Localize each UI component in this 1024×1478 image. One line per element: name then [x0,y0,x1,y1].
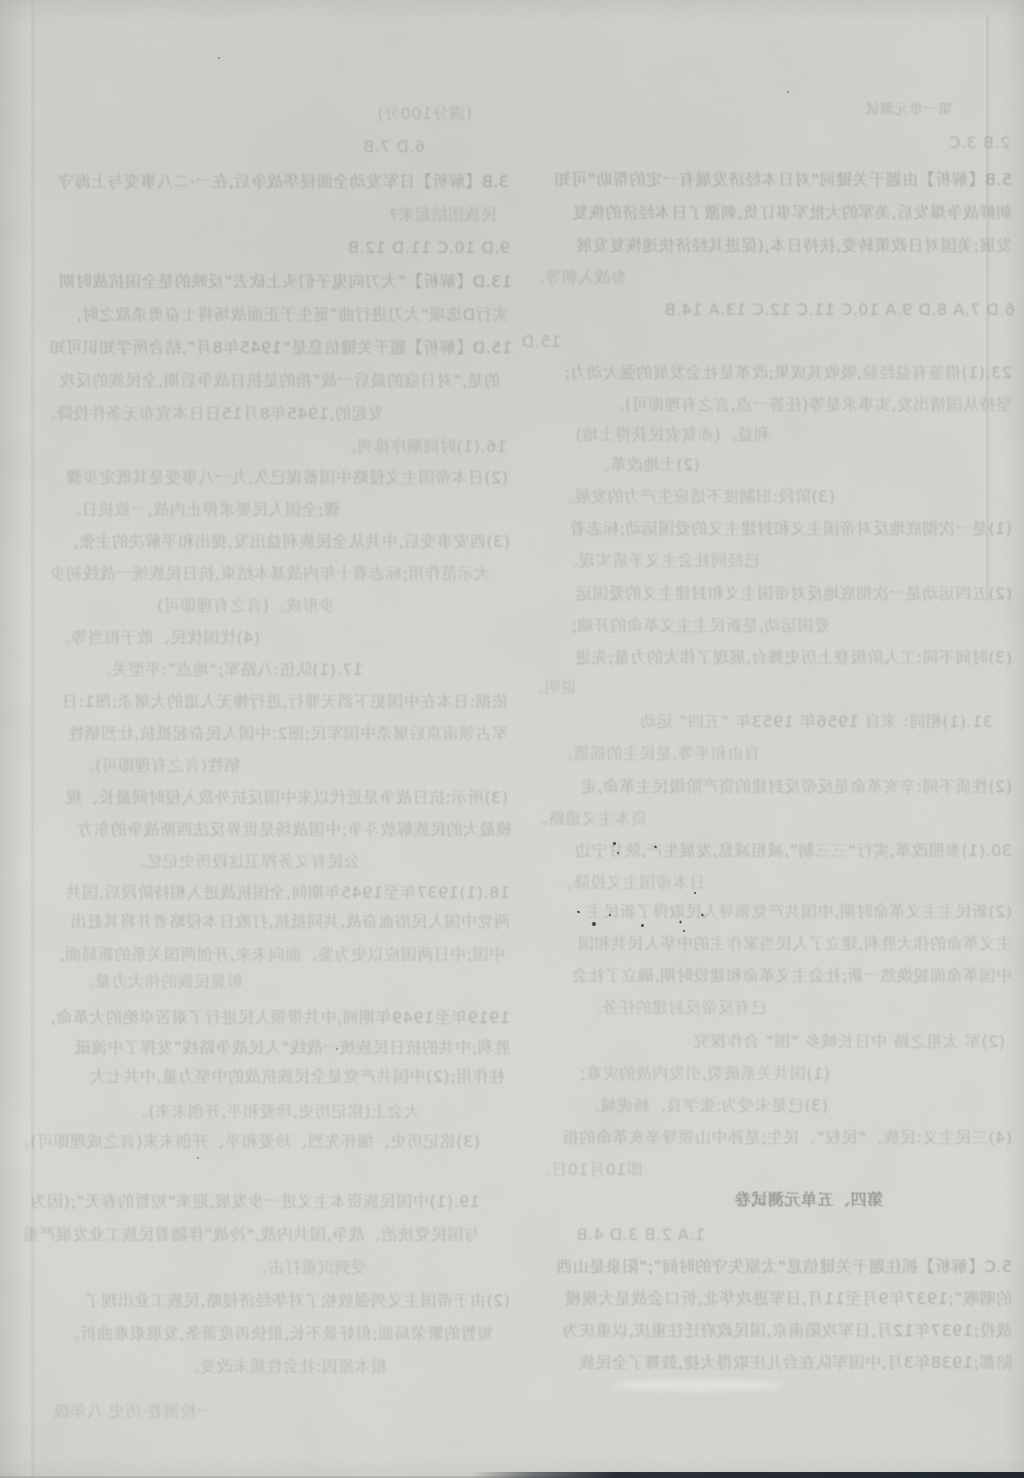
bleedthrough-text-line: 1.A 2.B 3.D 4.B [515,1225,705,1245]
bleedthrough-text-line: (2)由于帝国主义列强放松了对华经济侵略,民族工业出现了 [15,1291,510,1311]
bleedthrough-text-line: 的是,“对日寇的最后一战”指的是抗日战争后期,全民族的反攻 [28,371,500,391]
ink-speck [613,842,616,845]
bleedthrough-text-line: 中国革命面貌焕然一新;社会主义革命和建设时期,确立了社会 [515,966,1012,986]
bleedthrough-text-line: (3)铭记历史、缅怀先烈、珍爱和平、开创未来(言之成理即可)。 [15,1132,480,1152]
bleedthrough-text-line: 2.B 3.C [905,133,1010,153]
bleedthrough-text-line: 6.D 7.A 8.D 9.A 10.C 11.C 12.C 13.A 14.B [515,300,1015,320]
bleedthrough-text-line: (2)日本帝国主义侵略中国蓄谋已久,九一八事变是其既定步骤 [20,468,508,488]
bleedthrough-text-line: 陪都;1938年3月,中国军队在台儿庄取得大捷,鼓舞了全民族 [515,1353,1012,1373]
bleedthrough-text-line: (1)是一次彻底地反对帝国主义和封建主义的爱国运动;标志着 [515,519,1012,539]
scan-edge-bar [0,1472,1024,1478]
bleedthrough-text-line: 13.D【解析】“大刀向鬼子们头上砍去”反映的是全国抗战时期 [15,272,512,292]
bleedthrough-text-line: 第一单元测试 [862,100,952,120]
bleedthrough-text-line: 发起的,1945年8月15日日本宣布无条件投降。 [32,404,384,424]
bleedthrough-text-line: 参战入朝等。 [515,268,627,288]
bleedthrough-text-line: 15.D【解析】题干关键信息是“1945年8月”,结合所学知识可知 [15,338,512,358]
bleedthrough-text-line: 短暂的繁荣局面;但好景不长,很快再度萧条,发展艰难曲折。 [15,1324,493,1344]
ink-speck [591,921,597,927]
light-smear [612,1380,782,1391]
bleedthrough-text-line: 的咽喉”;1937年9月至11月,日军进攻华北,忻口会战是大规模 [515,1289,1012,1309]
bleedthrough-text-line: 资本主义道路。 [515,809,647,829]
bleedthrough-text-line: 根本原因:社会性质未改变。 [195,1357,387,1377]
bleedthrough-text-line: 15.D [515,332,561,352]
bleedthrough-text-line: 牺牲(言之有理即可)。 [15,756,240,776]
bleedthrough-text-line: (2)土地改革。 [542,455,700,475]
bleedthrough-text-line: 军占领南京后屠杀中国军民;图2:中国人民奋起抵抗,壮烈牺牲 [25,724,508,744]
bleedthrough-text-line: (4)忧国忧民、敢于担当等。 [30,628,260,648]
ink-speck [640,923,644,927]
bleedthrough-text-line: 受到沉重打击。 [245,1258,367,1278]
bleedthrough-text-line: (2)新民主主义革命时期,中国共产党领导人民取得了新民主 [515,902,1012,922]
bleedthrough-text-line: 17.(1)队伍:八路军;“地点”:平型关。 [28,660,363,680]
bleedthrough-text-line: 23.(1)借鉴有益经验,吸收其成果;改革是社会发展的强大动力; [515,363,1012,383]
scanned-page: (满分100分)6.D 7.B3.B【解析】日军发动全面侵华战争后,在一·二八事… [0,0,1024,1478]
bleedthrough-text-line: 朝鲜战争爆发后,美军的大批军事订货,刺激了日本经济的恢复 [515,203,1012,223]
bleedthrough-text-line: 自由和平等,是民主的摇篮。 [515,744,760,764]
bleedthrough-text-line: (3)已是未受为:张学良、杨虎城。 [528,1096,828,1116]
bleedthrough-text-line: (3)西安事变后,中共从全民族利益出发,提出和平解决的主张, [15,532,510,552]
ink-speck [679,920,682,923]
bleedthrough-text-line: 中国;中日两国应以史为鉴、面向未来,开创两国关系的新局面, [20,945,505,965]
bleedthrough-text-line: 30.(1)参照改革,实行“三三制”,减租减息,发展生产,陕甘宁边 [515,841,1012,861]
bleedthrough-text-line: 第四、五单元测试卷 [688,1190,883,1210]
bleedthrough-text-line: 胜利;中共的抗日民族统一战线“人民战争路线”发挥了中流砥 [15,1038,510,1058]
bleedthrough-text-line: 利益。(赤贫农民获得土地) [515,425,770,445]
bleedthrough-text-line: 已有反帝反封建的任务。 [515,998,767,1018]
bleedthrough-text-line: 日本帝国主义投降。 [515,873,705,893]
bleedthrough-text-line: 发展;美国对日政策转变,扶持日本,(促进其经济快速恢复发展 [515,236,1012,256]
bleedthrough-text-line: 柱作用;(2)中国共产党是全民族抗战的中坚力量,中共七大 [20,1067,505,1087]
bleedthrough-text-line: 已经同社会主义矛盾实现。 [515,551,760,571]
bleedthrough-text-line: (3)时间不同:工人阶级登上历史舞台,展现了伟大的力量;先进 [515,648,1012,668]
ink-speck [197,1157,200,1160]
ink-speck [683,930,685,932]
bleedthrough-text-line: (3)阶段:旧制度不适应生产力的发展。 [515,487,835,507]
ink-speck [218,57,220,59]
bleedthrough-text-line: 9.D 10.C 11.D 12.B 13.D [345,238,510,258]
bleedthrough-text-line: (满分100分) [360,104,472,124]
bleedthrough-text-line: 大会上(铭记历史,珍爱和平,开创未来)。 [20,1102,420,1122]
bleedthrough-text-line: 坚持从国情出发,实事求是等(任答一点,言之有理即可)。 [515,395,1012,415]
bleedthrough-text-line: 18.(1)1937年至1945年期间,全国抗战进入相持阶段后,国共 [15,883,510,903]
bleedthrough-text-line: 与国民党统治、战争,国共内战,“冷战”伴随着民族工业发展严重 [15,1225,480,1245]
bleedthrough-text-line: 说明。 [515,678,577,698]
bleedthrough-text-line: 5.B【解析】由题干关键词“对日本经济发展有一定的帮助”可知 [532,170,1012,190]
bleedthrough-text-line: (2)军 太祖之路 中日长城乡 “围” 合作探究 [515,1032,1005,1052]
bleedthrough-text-line: 骤;全国人民要求停止内战,一致抗日。 [30,500,340,520]
bleedthrough-text-line: 实行D选项“大刀进行曲”诞生于正面战场将士奋勇杀敌之时, [28,305,508,325]
bleedthrough-text-line: 民族团结起来? [357,205,497,225]
bleedthrough-text-line: (1)国共关系破裂,引发内战的灾难; [515,1064,830,1084]
ink-speck [609,914,611,916]
bleedthrough-text-line: 31.(1)相同: 来自 1956年 1953年 “五四” 运动 [515,712,993,732]
bleedthrough-text-line: 模最大的民族解放斗争;中国战场是世界反法西斯战争的东方 [15,820,512,840]
bleedthrough-text-line: 爱国运动,是新民主主义革命的开端; [515,616,830,636]
bleedthrough-text-line: 步形成。(言之有理即可) [35,596,335,616]
bleedthrough-text-line: 16.(1)时间顺序排列。 [345,437,507,457]
bleedthrough-text-line: (4)三民主义:民族、“民权”、民生;是孙中山领导辛亥革命的指 [515,1128,1012,1148]
bleedthrough-text-line: 两党中国人民浴血奋战,共同抵抗,打败日本侵略者并将其赶出 [20,912,510,932]
bleedthrough-text-line: (2)五四运动是一次彻底地反对帝国主义和封建主义的爱国运 [515,584,1012,604]
bleedthrough-text-line: 战役;1937年12月,日军攻陷南京,国民政府迁往重庆,以重庆为 [515,1321,1012,1341]
bleedthrough-text-line: 主义革命的伟大胜利,建立了人民当家作主的中华人民共和国 [515,934,1012,954]
bleedthrough-text-line: 一检测卷·历史 八年级 [5,1402,213,1422]
ink-speck [787,91,790,94]
bleedthrough-text-line: 3.B【解析】日军发动全面侵华战争后,在一·二八事变与上海守 [25,172,509,192]
bleedthrough-text-line: 即10月10日。 [515,1160,643,1180]
bleedthrough-text-line: 彰显民族的伟大力量。 [25,972,243,992]
bleedthrough-text-line: (2)性质不同:辛亥革命是反帝反封建的资产阶级民主革命,走 [515,777,1012,797]
bleedthrough-text-line: 1919年至1949年期间,中共带领人民进行了艰苦卓绝的大革命, [15,1008,510,1028]
bleedthrough-text-line: 19.(1)中国民族资本主义进一步发展,迎来“短暂的春天”;(因为 [15,1192,480,1212]
bleedthrough-text-line: 大示范作用;标志着十年内战基本结束,抗日民族统一战线初步 [30,564,490,584]
ink-speck [694,892,697,895]
bleedthrough-text-line: (3)所示:抗日战争是近代以来中国反抗外敌入侵时间最长、规 [25,788,508,808]
bleedthrough-text-line: 依据:日本在中国犯下滔天罪行,进行惨无人道的大屠杀;图1:日 [15,692,508,712]
bleedthrough-text-line: 公民有义务捍卫这段历史记忆。 [30,852,360,872]
bleedthrough-text-line: 5.C【解析】抓住题干关键信息“太原失守的时间”;“阳泉是山西 [515,1257,1012,1277]
bleedthrough-text-line: 6.D 7.B [357,137,425,157]
